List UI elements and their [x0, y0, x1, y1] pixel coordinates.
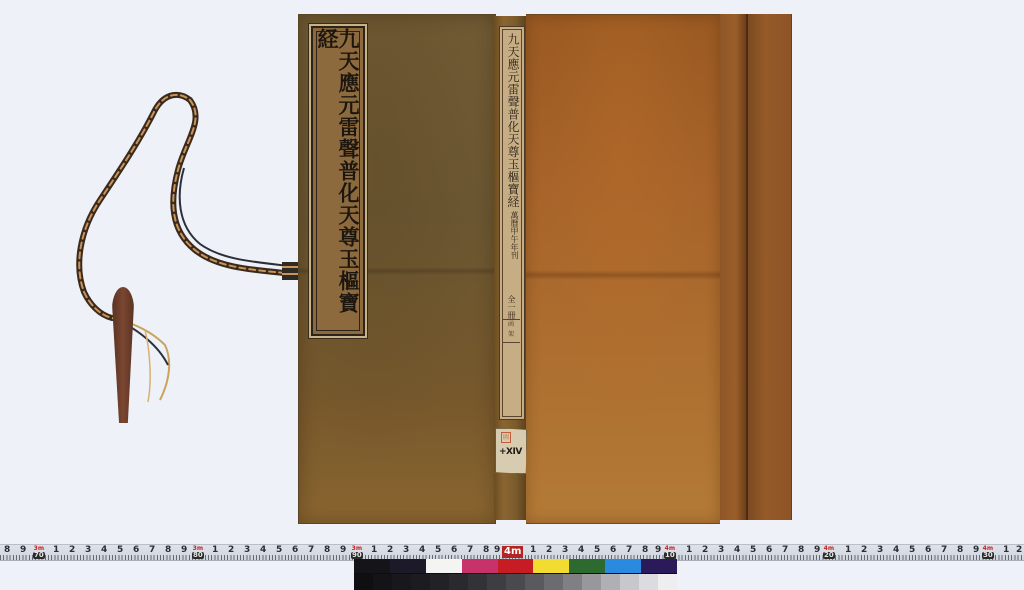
ruler-digit: 2 — [702, 545, 708, 556]
ruler-digit: 5 — [594, 545, 600, 556]
ruler-digit: 8 — [165, 545, 171, 556]
gray-swatch — [468, 574, 487, 590]
color-swatch — [498, 559, 534, 573]
ruler-digit: 9 — [655, 545, 661, 556]
ruler-digit: 5 — [750, 545, 756, 556]
ruler-digit: 1 — [686, 545, 692, 556]
ruler-digit: 8 — [483, 545, 489, 556]
gray-swatch — [525, 574, 544, 590]
ruler-major-mark: 4m 30 — [982, 545, 994, 559]
ruler-digit: 2 — [861, 545, 867, 556]
ruler-digit: 6 — [766, 545, 772, 556]
ruler-digit: 9 — [340, 545, 346, 556]
ruler-digit: 6 — [451, 545, 457, 556]
ruler-digit: 9 — [973, 545, 979, 556]
ruler-digit: 4 — [419, 545, 425, 556]
ruler-digit: 8 — [642, 545, 648, 556]
spine-label: 九天應元雷聲普化天尊玉樞寶経 萬曆甲午年刊 全一冊 函 架 — [499, 26, 525, 420]
catalog-seal-icon: 圖 — [501, 432, 511, 443]
ruler-digit: 9 — [20, 545, 26, 556]
ruler-digit: 2 — [1016, 545, 1022, 556]
gray-swatch — [354, 574, 373, 590]
spine-box-line: 函 — [502, 320, 520, 330]
ruler-digit: 5 — [909, 545, 915, 556]
ruler-digit: 2 — [387, 545, 393, 556]
ruler-digit: 1 — [212, 545, 218, 556]
ruler-digit: 1 — [371, 545, 377, 556]
ruler-digit: 4 — [893, 545, 899, 556]
ruler-digit: 5 — [276, 545, 282, 556]
ruler-major-mark: 3m 90 — [351, 545, 363, 559]
gray-swatch — [658, 574, 677, 590]
ruler-digit: 2 — [546, 545, 552, 556]
gray-swatch — [411, 574, 430, 590]
ruler-digit: 8 — [957, 545, 963, 556]
color-swatch — [390, 559, 426, 573]
ruler-digit: 3 — [244, 545, 250, 556]
catalog-tag: 圖 +XIV — [495, 428, 527, 474]
ruler-digit: 1 — [845, 545, 851, 556]
color-calibration-chart — [354, 559, 677, 590]
ruler-digit: 6 — [133, 545, 139, 556]
binding-cord — [0, 0, 320, 430]
ruler-digit: 5 — [117, 545, 123, 556]
ruler-digit: 3 — [877, 545, 883, 556]
ruler-digit: 1 — [530, 545, 536, 556]
gray-swatch — [639, 574, 658, 590]
ruler-digit: 4 — [734, 545, 740, 556]
color-swatch — [533, 559, 569, 573]
ruler-4m-marker: 4m — [502, 546, 523, 558]
ruler-digit: 3 — [562, 545, 568, 556]
spine-label-volume: 全一冊 — [506, 295, 517, 319]
color-swatch — [462, 559, 498, 573]
ruler-digit: 1 — [1003, 545, 1009, 556]
grayscale-swatch-row — [354, 574, 677, 590]
ruler-digit: 7 — [782, 545, 788, 556]
ruler-digit: 8 — [798, 545, 804, 556]
gray-swatch — [544, 574, 563, 590]
ruler-digit: 7 — [941, 545, 947, 556]
ruler-digit: 9 — [814, 545, 820, 556]
color-swatch — [605, 559, 641, 573]
spine-label-title: 九天應元雷聲普化天尊玉樞寶経 — [503, 33, 519, 208]
ruler-digit: 7 — [626, 545, 632, 556]
gray-swatch — [430, 574, 449, 590]
spine-box-line: 架 — [502, 330, 520, 340]
case-fold-flap — [720, 14, 748, 520]
spine-label-date: 萬曆甲午年刊 — [506, 211, 520, 259]
gray-swatch — [620, 574, 639, 590]
spine-label-shelf-box: 函 架 — [502, 319, 520, 343]
ruler-digit: 1 — [53, 545, 59, 556]
ruler-digit: 6 — [292, 545, 298, 556]
ruler-digit: 3 — [85, 545, 91, 556]
ruler-digit: 6 — [925, 545, 931, 556]
gray-swatch — [506, 574, 525, 590]
ruler-major-mark: 3m 70 — [33, 545, 45, 559]
case-inner-panel — [526, 14, 720, 524]
cord-icon — [0, 0, 320, 430]
color-swatch — [354, 559, 390, 573]
gray-swatch — [487, 574, 506, 590]
ruler-digit: 9 — [494, 545, 500, 556]
ruler-major-mark: 4m 20 — [823, 545, 835, 559]
gray-swatch — [582, 574, 601, 590]
color-swatch — [569, 559, 605, 573]
ruler-digit: 7 — [467, 545, 473, 556]
ruler-digit: 7 — [308, 545, 314, 556]
gray-swatch — [601, 574, 620, 590]
ruler-digit: 2 — [228, 545, 234, 556]
ruler-digit: 8 — [4, 545, 10, 556]
ruler-major-mark: 4m 10 — [664, 545, 676, 559]
case-outer-flap — [748, 14, 792, 520]
ruler-digit: 6 — [610, 545, 616, 556]
color-swatch-row — [354, 559, 677, 573]
ruler-digit: 4 — [578, 545, 584, 556]
ruler-digit: 3 — [403, 545, 409, 556]
gray-swatch — [373, 574, 392, 590]
catalog-number: +XIV — [499, 447, 522, 457]
ruler-digit: 4 — [101, 545, 107, 556]
ruler-digit: 4 — [260, 545, 266, 556]
gray-swatch — [449, 574, 468, 590]
ruler-digit: 8 — [324, 545, 330, 556]
ruler-digit: 7 — [149, 545, 155, 556]
title-slip: 九天應元雷聲普化天尊玉樞寶経 — [311, 26, 365, 336]
ruler-digit: 9 — [181, 545, 187, 556]
color-swatch — [641, 559, 677, 573]
gray-swatch — [392, 574, 411, 590]
ruler-major-mark: 3m 80 — [192, 545, 204, 559]
ruler-digit: 5 — [435, 545, 441, 556]
title-slip-text: 九天應元雷聲普化天尊玉樞寶経 — [317, 28, 359, 334]
ruler-digit: 2 — [69, 545, 75, 556]
color-swatch — [426, 559, 462, 573]
gray-swatch — [563, 574, 582, 590]
ruler-digit: 3 — [718, 545, 724, 556]
